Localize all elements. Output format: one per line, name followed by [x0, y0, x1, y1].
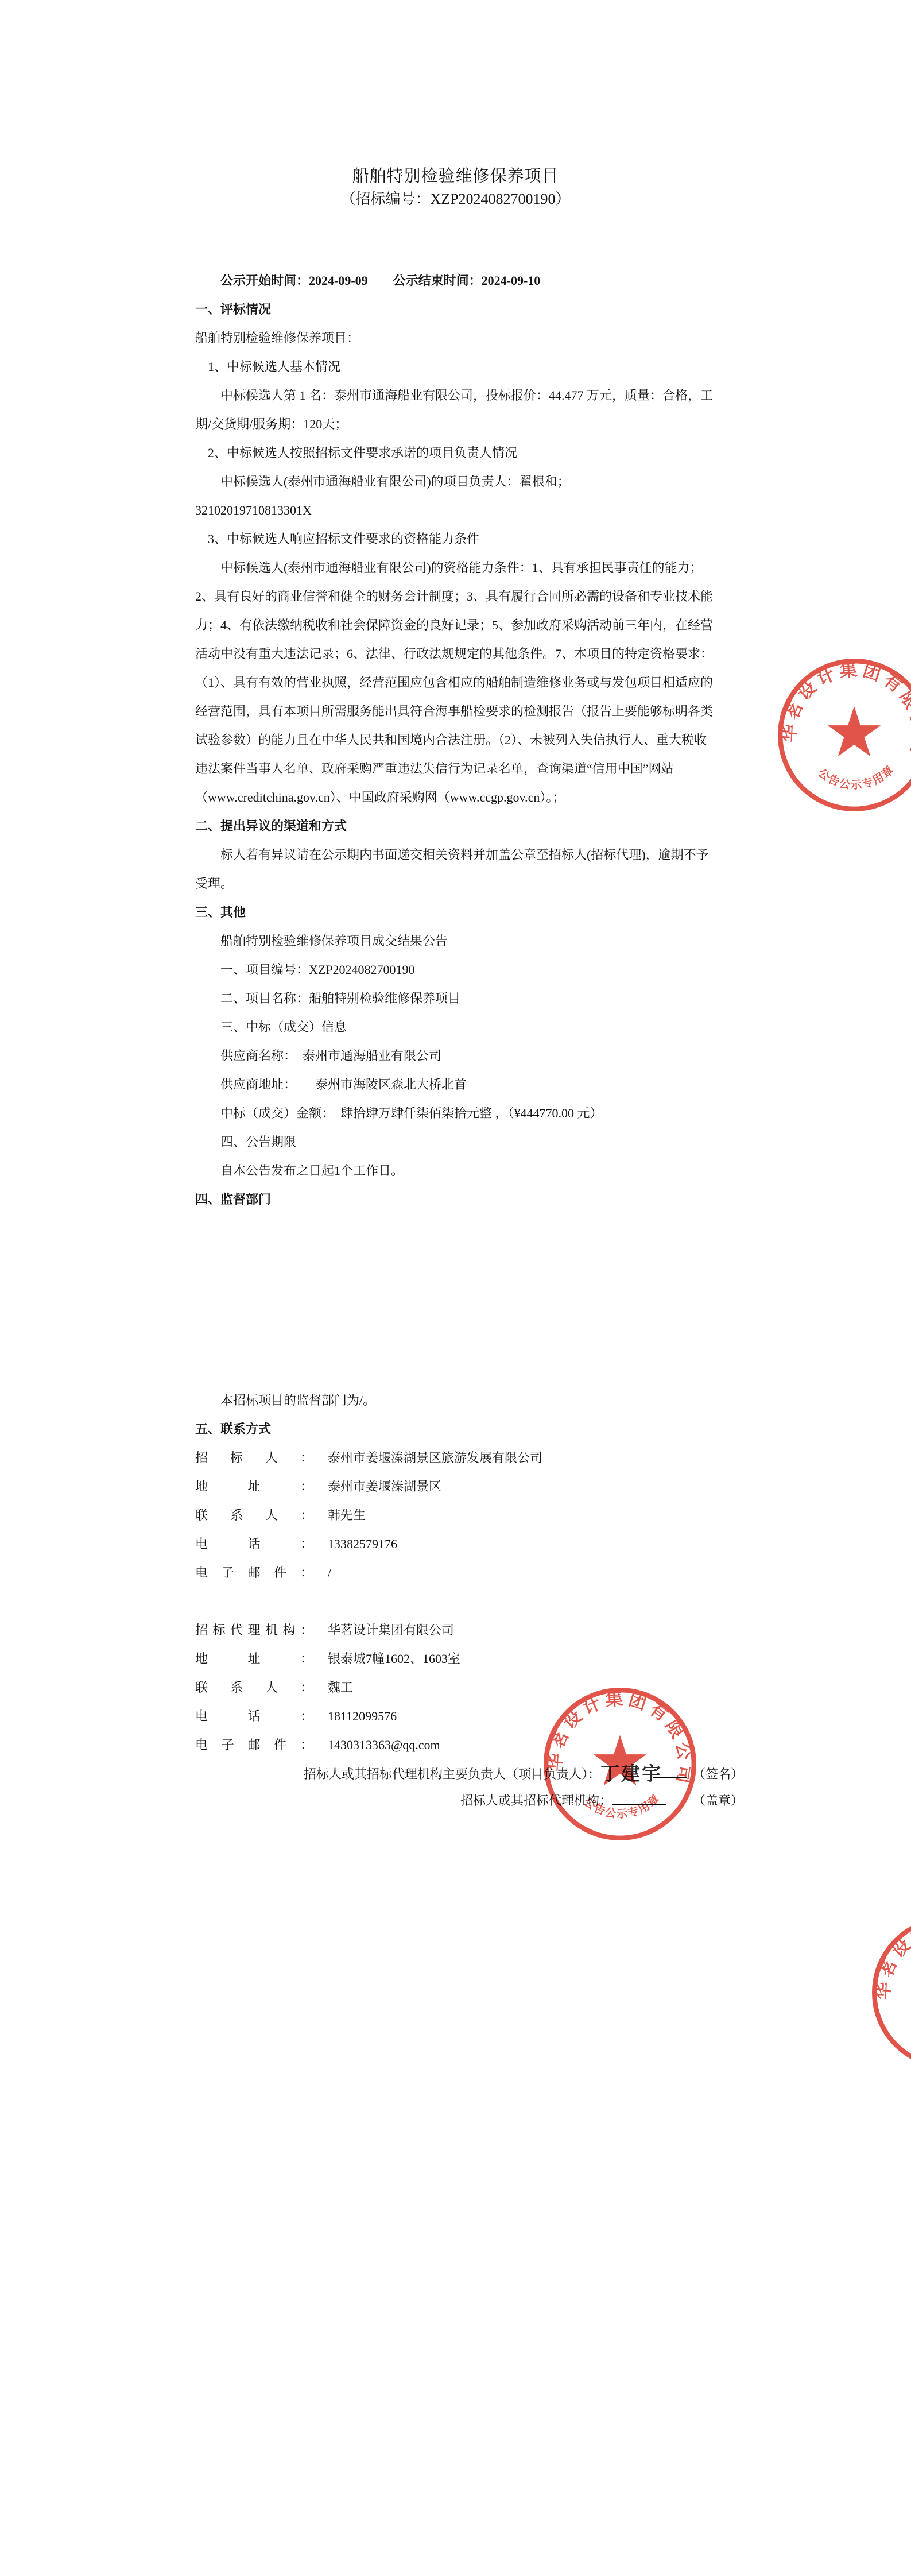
doc-title: 船舶特别检验维修保养项目 — [0, 165, 911, 187]
contact-value: 韩先生 — [328, 1508, 366, 1522]
contact-label: 联系人： — [195, 1673, 313, 1702]
contact-label: 招标代理机构： — [195, 1616, 313, 1645]
svg-text:华茗设计集团有限公司: 华茗设计集团有限公司 — [779, 659, 911, 759]
contact-label: 联系人： — [195, 1501, 313, 1530]
seal-underline — [612, 1791, 666, 1805]
company-seal: 华茗设计集团有限公司 公告公示专用章 — [774, 655, 911, 815]
section1-item2-line2: 32102019710813301X — [195, 496, 719, 525]
tenderer-email-row: 电子邮件：/ — [195, 1558, 719, 1587]
seal-company-text: 华茗设计集团有限公司 — [873, 1917, 911, 2017]
supplier-name-line: 供应商名称： 泰州市通海船业有限公司 — [195, 1042, 719, 1070]
seal-suffix: （盖章） — [693, 1793, 743, 1808]
tenderer-address-row: 地址：泰州市姜堰溱湖景区 — [195, 1472, 719, 1501]
contact-label: 电话： — [195, 1702, 313, 1731]
project-name-line: 二、项目名称：船舶特别检验维修保养项目 — [195, 984, 719, 1013]
contact-value: 13382579176 — [328, 1537, 397, 1551]
section4-body: 本招标项目的监督部门为/。 — [195, 1386, 719, 1415]
signature-line-1: 招标人或其招标代理机构主要负责人（项目负责人）：丁建宇 （签名） — [195, 1759, 743, 1788]
signer-name: 丁建宇 — [600, 1764, 662, 1785]
tenderer-contact-row: 联系人：韩先生 — [195, 1501, 719, 1530]
contact-value: 泰州市姜堰溱湖景区 — [328, 1479, 441, 1494]
project-number-line: 一、项目编号：XZP2024082700190 — [195, 956, 719, 984]
contact-label: 电子邮件： — [195, 1731, 313, 1759]
section1-item3-body: 中标候选人(泰州市通海船业有限公司)的资格能力条件：1、具有承担民事责任的能力；… — [195, 554, 719, 812]
supplier-address-line: 供应商地址： 泰州市海陵区森北大桥北首 — [195, 1070, 719, 1099]
signature-line-2-prefix: 招标人或其招标代理机构： — [460, 1793, 612, 1808]
section1-intro: 船舶特别检验维修保养项目： — [195, 324, 719, 353]
contact-value: 1430313363@qq.com — [328, 1738, 440, 1752]
contact-value: 18112099576 — [328, 1709, 397, 1723]
result-announcement-title: 船舶特别检验维修保养项目成交结果公告 — [195, 927, 719, 956]
spacer — [195, 1587, 719, 1616]
document-page: 船舶特别检验维修保养项目 （招标编号：XZP2024082700190） 公示开… — [0, 0, 911, 2576]
spacer — [195, 1214, 719, 1386]
seal-star-icon — [828, 706, 881, 757]
seal-bottom-text: 公告公示专用章 — [816, 763, 897, 792]
section3-heading: 三、其他 — [195, 898, 719, 927]
section1-item2-title: 2、中标候选人按照招标文件要求承诺的项目负责人情况 — [195, 439, 719, 467]
award-info-heading: 三、中标（成交）信息 — [195, 1013, 719, 1042]
svg-text:华茗设计集团有限公司: 华茗设计集团有限公司 — [873, 1917, 911, 2017]
contact-value: / — [328, 1565, 331, 1580]
agency-name-row: 招标代理机构：华茗设计集团有限公司 — [195, 1616, 719, 1645]
contact-label: 电话： — [195, 1530, 313, 1558]
signature-line-1-prefix: 招标人或其招标代理机构主要负责人（项目负责人）： — [304, 1767, 600, 1781]
publicity-times: 公示开始时间：2024-09-09 公示结束时间：2024-09-10 — [195, 266, 719, 295]
agency-email-row: 电子邮件：1430313363@qq.com — [195, 1731, 719, 1759]
section2-heading: 二、提出异议的渠道和方式 — [195, 812, 719, 841]
section1-item1-title: 1、中标候选人基本情况 — [195, 353, 719, 381]
contact-label: 地址： — [195, 1472, 313, 1501]
contact-value: 华茗设计集团有限公司 — [328, 1623, 454, 1637]
signature-line-2: 招标人或其招标代理机构：（盖章） — [195, 1788, 743, 1814]
seal-company-text: 华茗设计集团有限公司 — [779, 659, 911, 759]
doc-body: 公示开始时间：2024-09-09 公示结束时间：2024-09-10 一、评标… — [195, 266, 719, 1814]
doc-subtitle: （招标编号：XZP2024082700190） — [0, 187, 911, 211]
contact-value: 魏工 — [328, 1680, 353, 1695]
section4-heading: 四、监督部门 — [195, 1185, 719, 1214]
signature-block: 招标人或其招标代理机构主要负责人（项目负责人）：丁建宇 （签名） 招标人或其招标… — [195, 1759, 743, 1814]
agency-phone-row: 电话：18112099576 — [195, 1702, 719, 1731]
contact-label: 招标人： — [195, 1444, 313, 1472]
signature-suffix: （签名） — [699, 1767, 743, 1781]
contact-label: 电子邮件： — [195, 1558, 313, 1587]
agency-address-row: 地址：银泰城7幢1602、1603室 — [195, 1645, 719, 1673]
announcement-period-body: 自本公告发布之日起1个工作日。 — [195, 1157, 719, 1185]
section1-heading: 一、评标情况 — [195, 295, 719, 324]
contact-value: 银泰城7幢1602、1603室 — [328, 1651, 460, 1666]
contact-value: 泰州市姜堰溱湖景区旅游发展有限公司 — [328, 1451, 542, 1465]
tenderer-phone-row: 电话：13382579176 — [195, 1530, 719, 1558]
section5-heading: 五、联系方式 — [195, 1415, 719, 1444]
section1-item1-body: 中标候选人第 1 名：泰州市通海船业有限公司，投标报价：44.477 万元，质量… — [195, 381, 719, 439]
contact-label: 地址： — [195, 1645, 313, 1673]
announcement-period-heading: 四、公告期限 — [195, 1128, 719, 1157]
company-seal-partial: 华茗设计集团有限公司 公告公示专用章 — [868, 1912, 911, 2073]
agency-contact-row: 联系人：魏工 — [195, 1673, 719, 1702]
section1-item2-line1: 中标候选人(泰州市通海船业有限公司)的项目负责人：翟根和； — [195, 467, 719, 496]
svg-text:公告公示专用章: 公告公示专用章 — [816, 763, 897, 792]
tenderer-name-row: 招标人：泰州市姜堰溱湖景区旅游发展有限公司 — [195, 1444, 719, 1472]
section1-item3-title: 3、中标候选人响应招标文件要求的资格能力条件 — [195, 525, 719, 554]
section2-body: 标人若有异议请在公示期内书面递交相关资料并加盖公章至招标人(招标代理)，逾期不予… — [195, 841, 719, 898]
award-amount-line: 中标（成交）金额： 肆拾肆万肆仟柒佰柒拾元整 ，（¥444770.00 元） — [195, 1099, 719, 1128]
